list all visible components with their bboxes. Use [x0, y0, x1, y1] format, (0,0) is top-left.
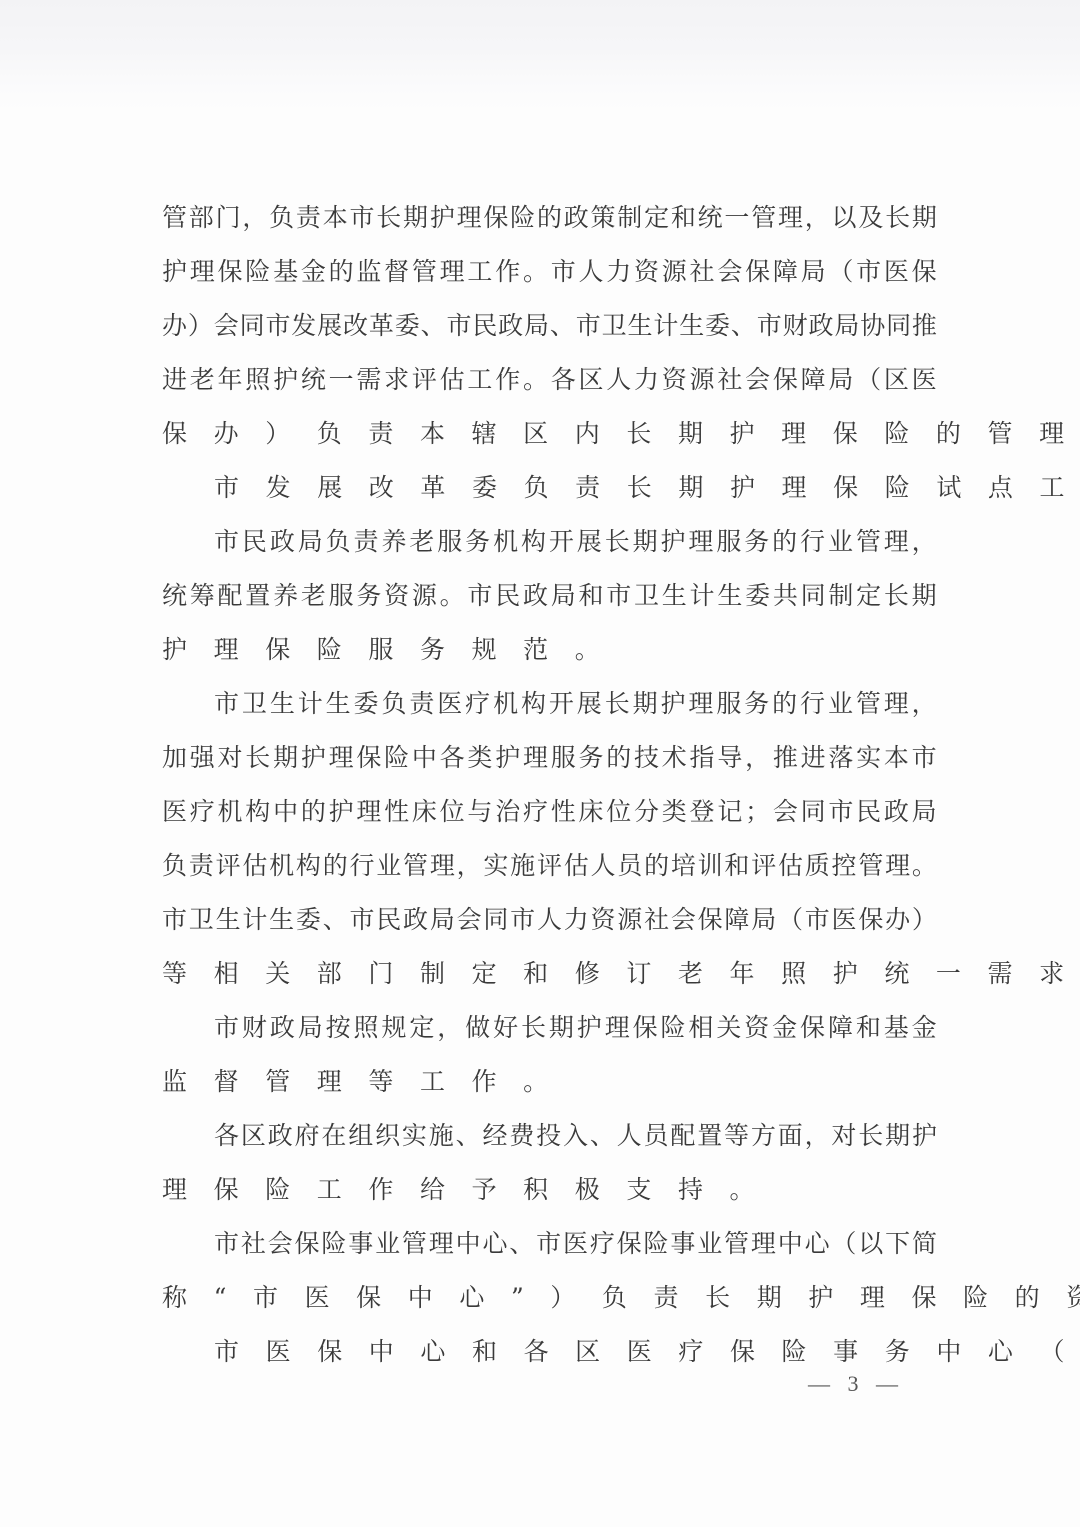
paragraph: 市财政局按照规定，做好长期护理保险相关资金保障和基金监督管理等工作。	[162, 1006, 937, 1114]
text-line: 加强对长期护理保险中各类护理服务的技术指导，推进落实本市	[162, 736, 937, 790]
text-line: 护理保险基金的监督管理工作。市人力资源社会保障局（市医保	[162, 250, 937, 304]
text-line: 各区政府在组织实施、经费投入、人员配置等方面，对长期护	[162, 1114, 937, 1168]
text-line: 护理保险服务规范。	[162, 628, 937, 682]
text-line: 负责评估机构的行业管理，实施评估人员的培训和评估质控管理。	[162, 844, 937, 898]
text-line: 市卫生计生委负责医疗机构开展长期护理服务的行业管理，	[162, 682, 937, 736]
paragraph: 市发展改革委负责长期护理保险试点工作的政策协调。	[162, 466, 937, 520]
text-line: 理保险工作给予积极支持。	[162, 1168, 937, 1222]
page-number: — 3 —	[808, 1371, 904, 1397]
document-body: 管部门，负责本市长期护理保险的政策制定和统一管理，以及长期护理保险基金的监督管理…	[162, 196, 937, 1384]
text-line: 办）会同市发展改革委、市民政局、市卫生计生委、市财政局协同推	[162, 304, 937, 358]
text-line: 监督管理等工作。	[162, 1060, 937, 1114]
text-line: 统筹配置养老服务资源。市民政局和市卫生计生委共同制定长期	[162, 574, 937, 628]
text-line: 等相关部门制定和修订老年照护统一需求评估标准。	[162, 952, 937, 1006]
text-line: 称“市医保中心”）负责长期护理保险的资金筹集工作。	[162, 1276, 937, 1330]
text-line: 市财政局按照规定，做好长期护理保险相关资金保障和基金	[162, 1006, 937, 1060]
text-line: 医疗机构中的护理性床位与治疗性床位分类登记；会同市民政局	[162, 790, 937, 844]
paragraph: 市民政局负责养老服务机构开展长期护理服务的行业管理，统筹配置养老服务资源。市民政…	[162, 520, 937, 682]
paragraph: 各区政府在组织实施、经费投入、人员配置等方面，对长期护理保险工作给予积极支持。	[162, 1114, 937, 1222]
text-line: 市卫生计生委、市民政局会同市人力资源社会保障局（市医保办）	[162, 898, 937, 952]
text-line: 管部门，负责本市长期护理保险的政策制定和统一管理，以及长期	[162, 196, 937, 250]
text-line: 市社会保险事业管理中心、市医疗保险事业管理中心（以下简	[162, 1222, 937, 1276]
paragraph: 市卫生计生委负责医疗机构开展长期护理服务的行业管理，加强对长期护理保险中各类护理…	[162, 682, 937, 1006]
paragraph: 市社会保险事业管理中心、市医疗保险事业管理中心（以下简称“市医保中心”）负责长期…	[162, 1222, 937, 1330]
paragraph: 管部门，负责本市长期护理保险的政策制定和统一管理，以及长期护理保险基金的监督管理…	[162, 196, 937, 466]
text-line: 市民政局负责养老服务机构开展长期护理服务的行业管理，	[162, 520, 937, 574]
text-line: 保办）负责本辖区内长期护理保险的管理工作。	[162, 412, 937, 466]
scan-shadow	[0, 0, 1080, 110]
text-line: 市发展改革委负责长期护理保险试点工作的政策协调。	[162, 466, 937, 520]
text-line: 进老年照护统一需求评估工作。各区人力资源社会保障局（区医	[162, 358, 937, 412]
